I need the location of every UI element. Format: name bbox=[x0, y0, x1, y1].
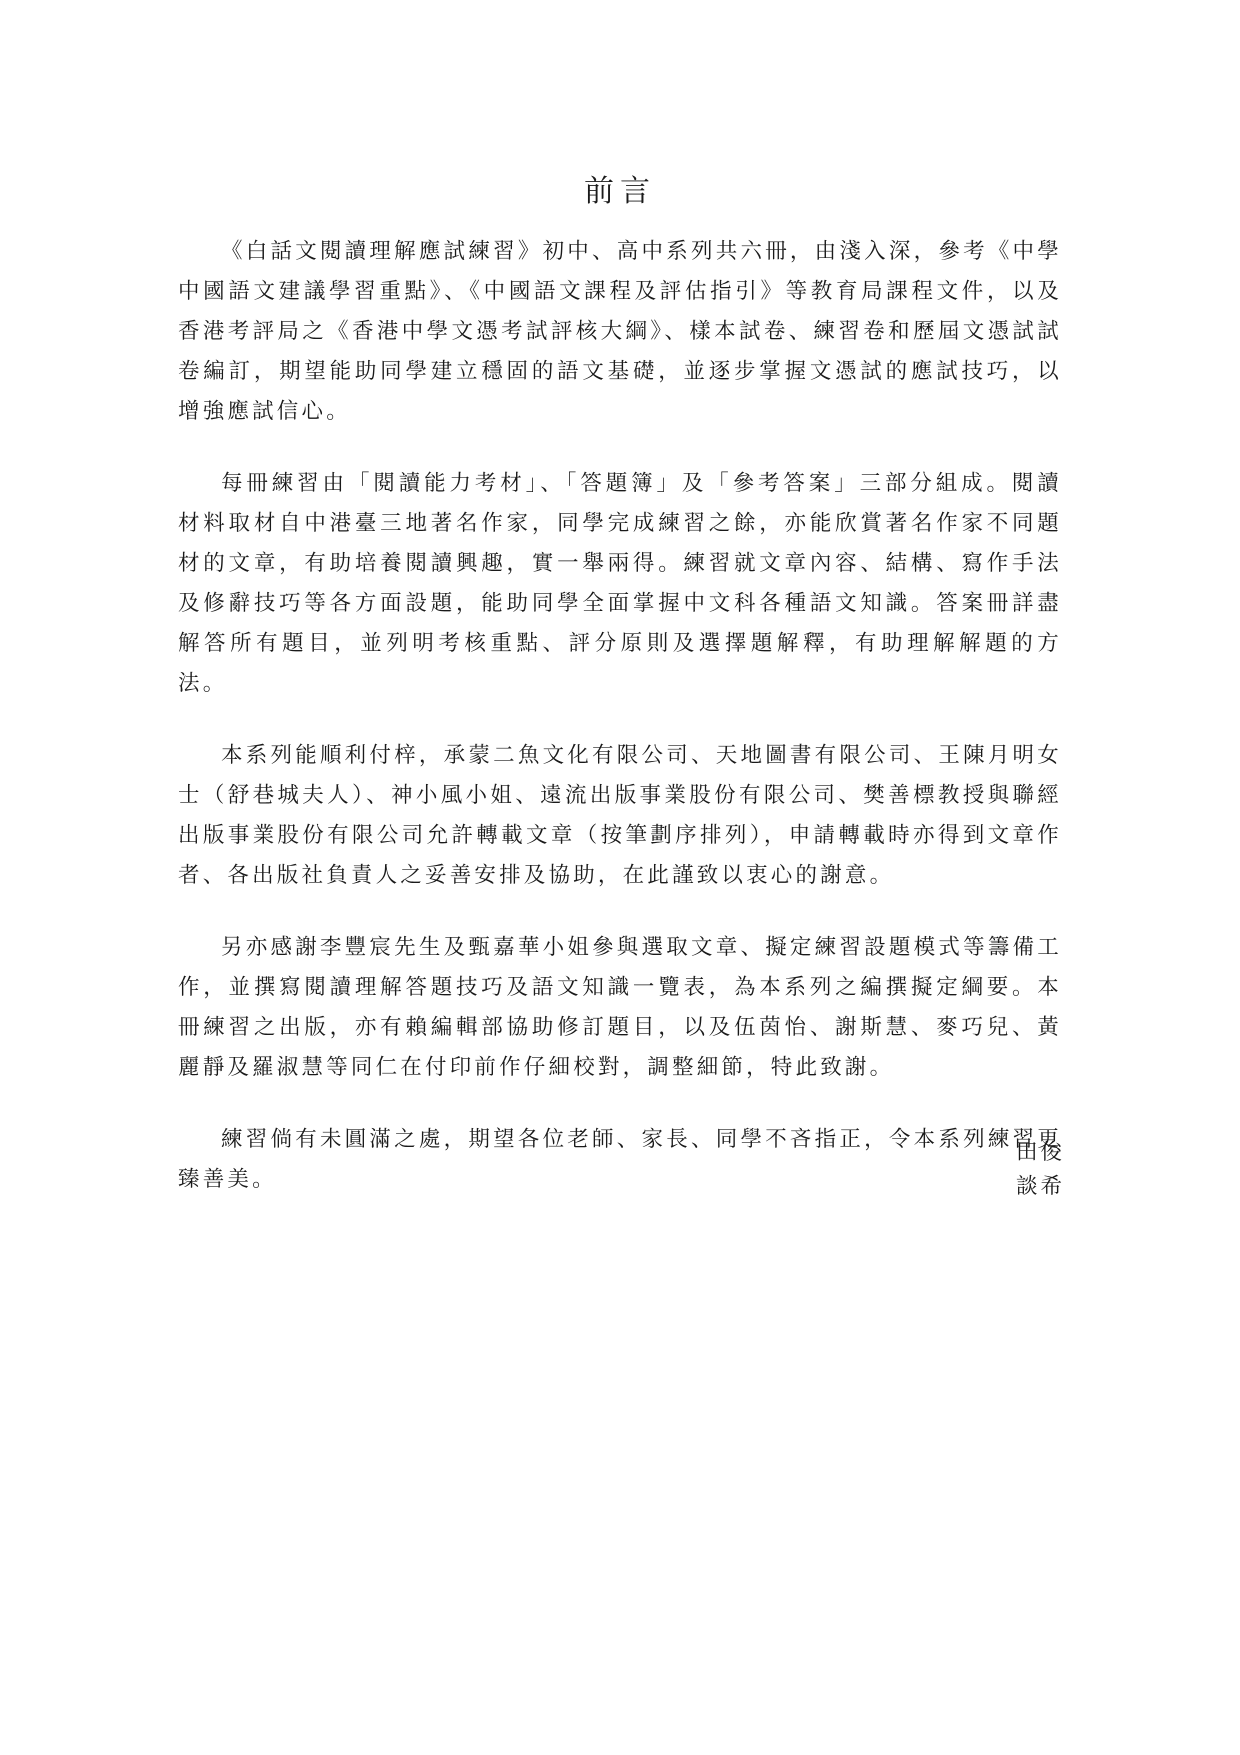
paragraph-closing: 練習倘有未圓滿之處，期望各位老師、家長、同學不吝指正，令本系列練習更臻善美。 bbox=[178, 1120, 1062, 1200]
paragraph-introduction: 《白話文閱讀理解應試練習》初中、高中系列共六冊，由淺入深，參考《中學中國語文建議… bbox=[178, 232, 1062, 432]
paragraph-structure: 每冊練習由「閱讀能力考材」、「答題簿」及「參考答案」三部分組成。閱讀材料取材自中… bbox=[178, 464, 1062, 704]
signatory-name: 談希 bbox=[1016, 1170, 1065, 1204]
paragraph-acknowledgement-publishers: 本系列能順利付梓，承蒙二魚文化有限公司、天地圖書有限公司、王陳月明女士（舒巷城夫… bbox=[178, 736, 1062, 896]
page-title: 前言 bbox=[178, 172, 1062, 212]
preface-body: 《白話文閱讀理解應試練習》初中、高中系列共六冊，由淺入深，參考《中學中國語文建議… bbox=[178, 232, 1062, 1232]
signature-block: 田俊 談希 bbox=[1016, 1136, 1062, 1204]
signatory-name: 田俊 bbox=[1016, 1136, 1065, 1170]
paragraph-acknowledgement-staff: 另亦感謝李豐宸先生及甄嘉華小姐參與選取文章、擬定練習設題模式等籌備工作，並撰寫閱… bbox=[178, 928, 1062, 1088]
